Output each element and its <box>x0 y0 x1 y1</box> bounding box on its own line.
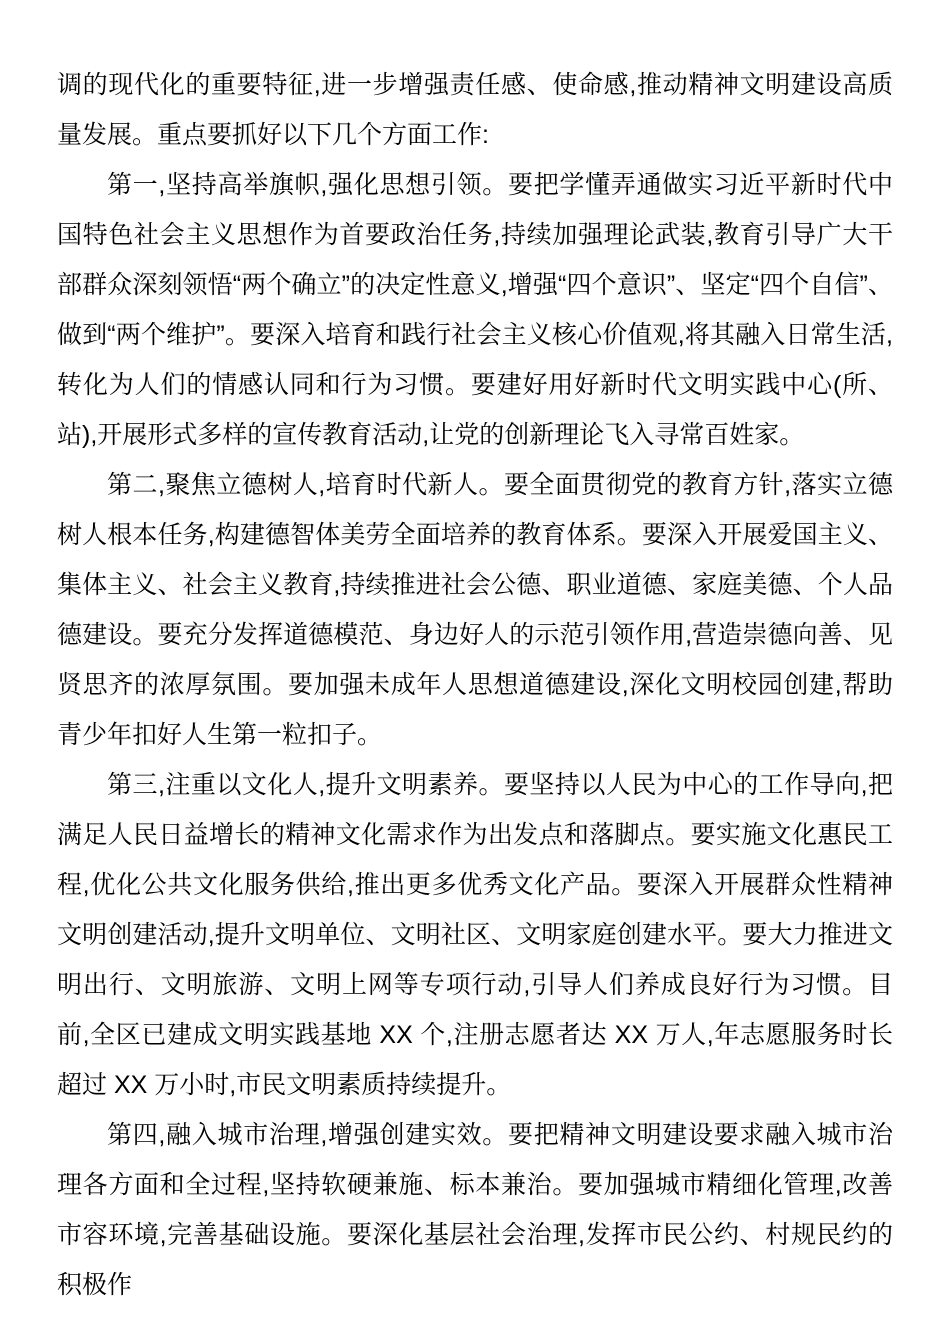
document-page: 调的现代化的重要特征,进一步增强责任感、使命感,推动精神文明建设高质量发展。重点… <box>0 0 950 1344</box>
paragraph-point-2: 第二,聚焦立德树人,培育时代新人。要全面贯彻党的教育方针,落实立德树人根本任务,… <box>57 460 893 760</box>
paragraph-continuation: 调的现代化的重要特征,进一步增强责任感、使命感,推动精神文明建设高质量发展。重点… <box>57 60 893 160</box>
paragraph-point-3: 第三,注重以文化人,提升文明素养。要坚持以人民为中心的工作导向,把满足人民日益增… <box>57 760 893 1110</box>
paragraph-point-4: 第四,融入城市治理,增强创建实效。要把精神文明建设要求融入城市治理各方面和全过程… <box>57 1110 893 1310</box>
paragraph-point-1: 第一,坚持高举旗帜,强化思想引领。要把学懂弄通做实习近平新时代中国特色社会主义思… <box>57 160 893 460</box>
document-body: 调的现代化的重要特征,进一步增强责任感、使命感,推动精神文明建设高质量发展。重点… <box>57 60 893 1310</box>
